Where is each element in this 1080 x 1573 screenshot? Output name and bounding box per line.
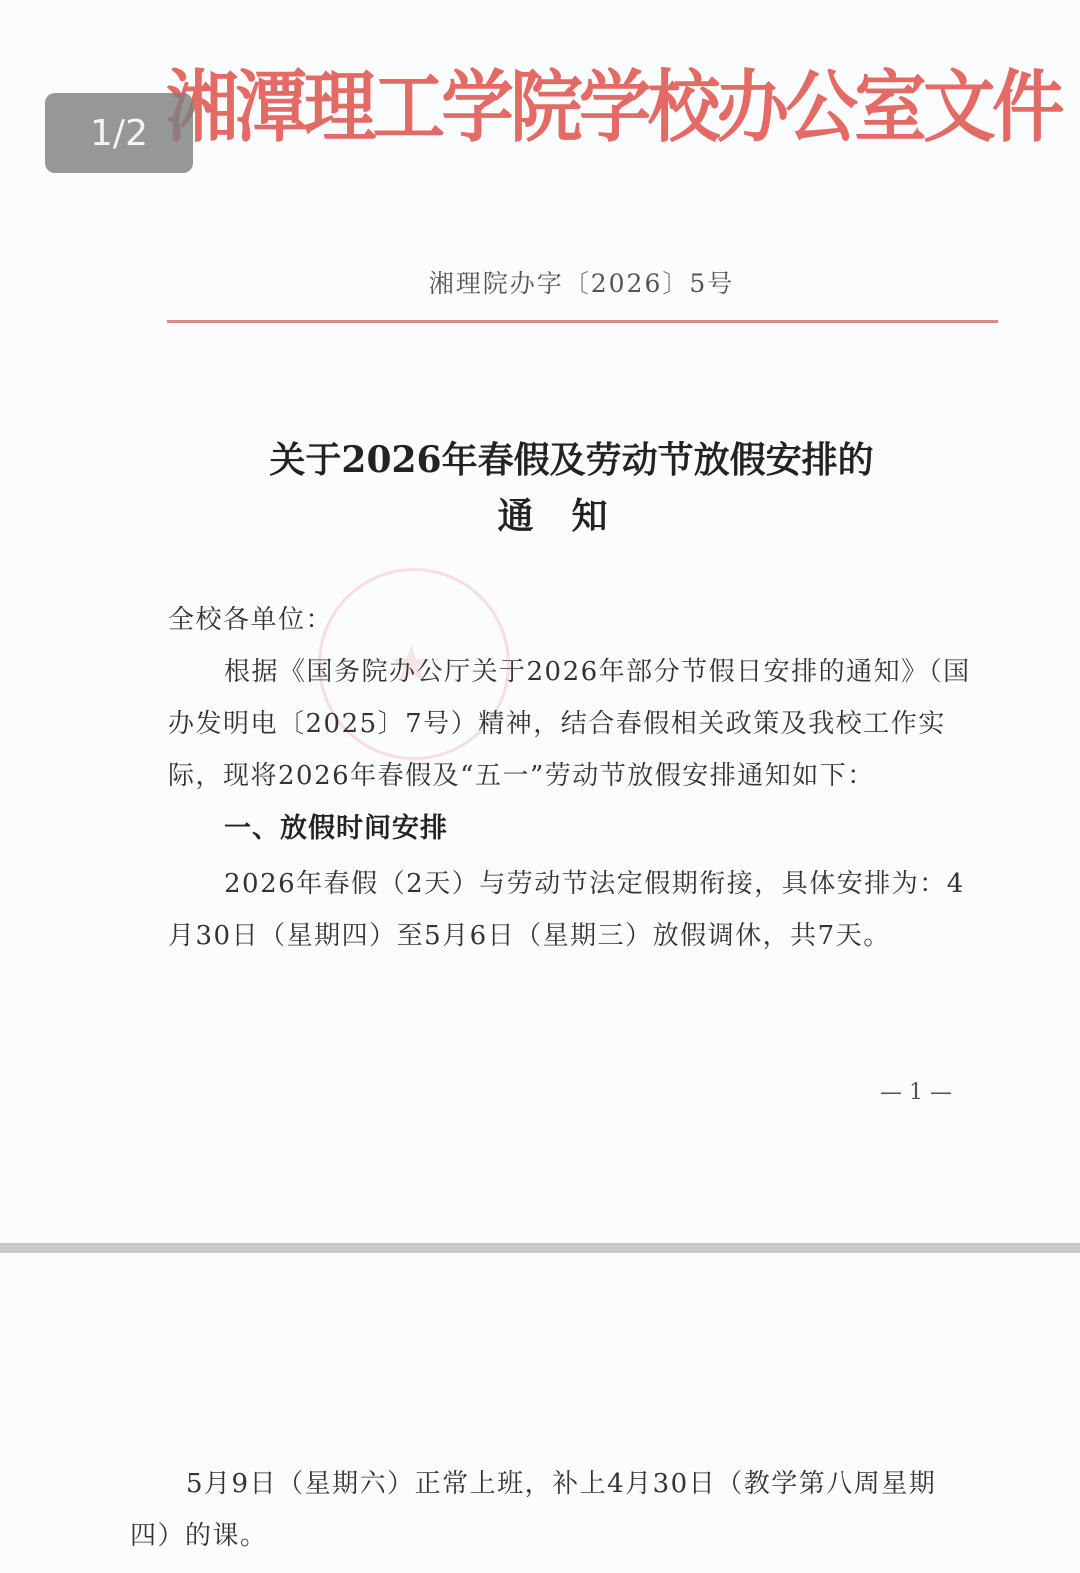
notice-title: 关于2026年春假及劳动节放假安排的 通知 bbox=[0, 432, 1080, 544]
title-line-2: 通知 bbox=[0, 488, 1080, 544]
masthead-title: 湘潭理工学院学校办公室文件 bbox=[166, 58, 947, 158]
paragraph-schedule: 2026年春假（2天）与劳动节法定假期衔接，具体安排为：4月30日（星期四）至5… bbox=[168, 858, 983, 962]
page-number: — 1 — bbox=[880, 1080, 952, 1105]
salutation: 全校各单位： bbox=[168, 594, 983, 646]
document-number: 湘理院办字〔2026〕5号 bbox=[0, 264, 1080, 300]
page-separator bbox=[0, 1243, 1080, 1253]
section-heading-1: 一、放假时间安排 bbox=[224, 806, 448, 845]
paragraph-makeup-class: 5月9日（星期六）正常上班，补上4月30日（教学第八周星期四）的课。 bbox=[130, 1458, 950, 1562]
red-divider-line bbox=[167, 320, 998, 323]
document-page-1: 湘潭理工学院学校办公室文件 湘理院办字〔2026〕5号 关于2026年春假及劳动… bbox=[0, 0, 1080, 1242]
paragraph-intro: 根据《国务院办公厅关于2026年部分节假日安排的通知》（国办发明电〔2025〕7… bbox=[168, 646, 983, 802]
title-line-1: 关于2026年春假及劳动节放假安排的 bbox=[0, 432, 1080, 488]
page-indicator-badge: 1/2 bbox=[45, 93, 193, 173]
